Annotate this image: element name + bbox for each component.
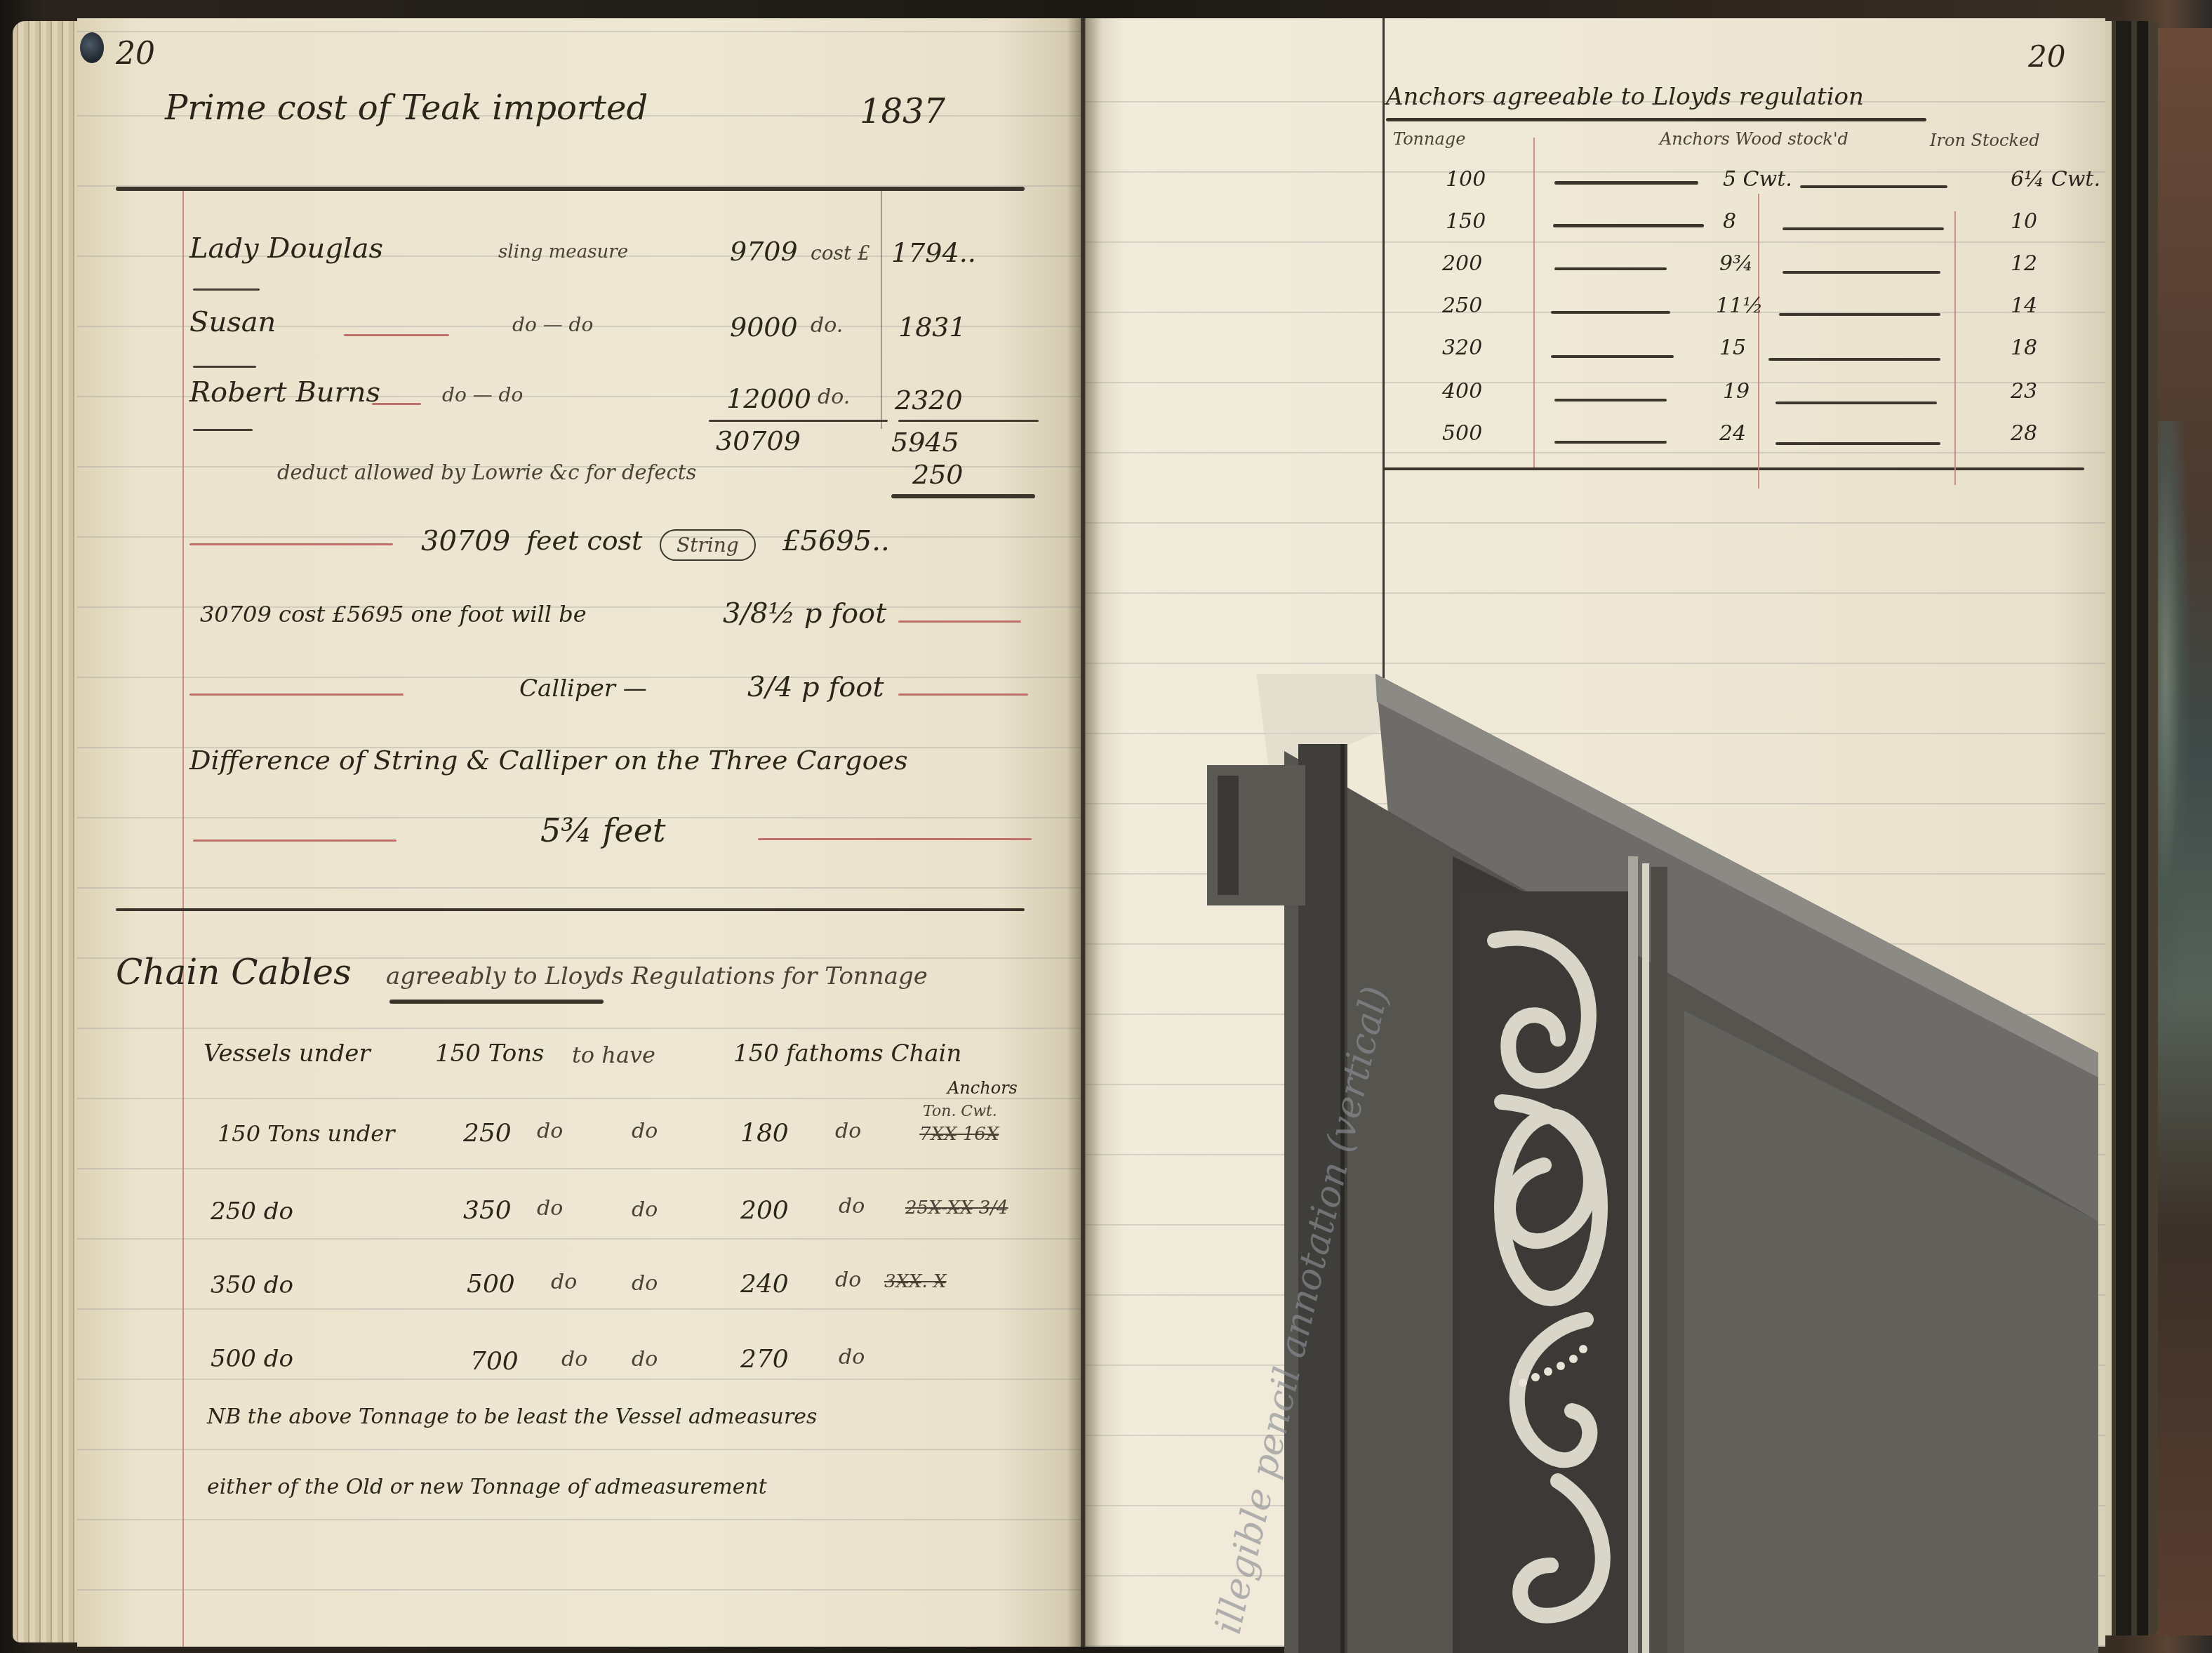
leader-dash bbox=[1775, 401, 1937, 404]
intro-tons: 150 Tons bbox=[435, 1040, 545, 1068]
chain-cables-title: Chain Cables bbox=[116, 952, 352, 993]
sum-rule bbox=[898, 420, 1039, 422]
leader-dash bbox=[1554, 399, 1667, 401]
cost-value: 1794.. bbox=[891, 237, 976, 268]
leader-dash bbox=[1554, 441, 1667, 444]
row-tick bbox=[193, 366, 256, 368]
red-filler bbox=[189, 693, 404, 696]
measure-method: sling measure bbox=[498, 241, 628, 263]
ink-blot bbox=[80, 32, 104, 63]
intro-vessels: Vessels under bbox=[204, 1040, 371, 1068]
feet-value: 9709 bbox=[730, 236, 798, 267]
ship-name: Robert Burns bbox=[189, 376, 380, 409]
book-gutter bbox=[1067, 18, 1102, 1647]
leader-dash bbox=[1553, 224, 1704, 227]
per-foot-text: 30709 cost £5695 one foot will be bbox=[200, 601, 587, 628]
wood-stocked-value: 24 bbox=[1719, 421, 1746, 446]
red-filler bbox=[758, 838, 1032, 840]
wood-stocked-value: 15 bbox=[1719, 336, 1746, 360]
panel-bead-light bbox=[1628, 856, 1638, 1653]
title-year: 1837 bbox=[860, 92, 945, 131]
iron-stocked-value: 12 bbox=[2011, 251, 2037, 276]
iron-stocked-value: 23 bbox=[2011, 379, 2037, 404]
anchors-title: Anchors agreeable to Lloyds regulation bbox=[1386, 83, 1864, 111]
anchors-header: Anchors bbox=[947, 1078, 1018, 1098]
cost-label: do. bbox=[811, 313, 843, 338]
ship-name: Susan bbox=[189, 306, 276, 338]
intro-fathoms-count: 150 bbox=[733, 1040, 779, 1068]
iron-stocked-value: 10 bbox=[2011, 209, 2037, 234]
page-number: 20 bbox=[116, 36, 155, 72]
total-feet: 30709 bbox=[716, 425, 801, 456]
ditto: do bbox=[839, 1194, 865, 1219]
intro-to-have: to have bbox=[572, 1042, 655, 1068]
red-column-line bbox=[1533, 138, 1535, 467]
ditto: do bbox=[835, 1268, 861, 1292]
anchors-crossed-value: 7X̶X̶ 16X̶ bbox=[919, 1124, 999, 1145]
fathoms-value: 270 bbox=[740, 1345, 789, 1374]
column-header-iron: Iron Stocked bbox=[1930, 131, 2040, 150]
cost-label: do. bbox=[818, 385, 850, 409]
cost-label: cost £ bbox=[811, 241, 870, 265]
ditto: do bbox=[632, 1347, 658, 1372]
red-column-line bbox=[1954, 211, 1956, 485]
chain-cables-subtitle: agreeably to Lloyds Regulations for Tonn… bbox=[386, 962, 928, 990]
red-filler bbox=[898, 620, 1021, 623]
ditto: do bbox=[561, 1347, 587, 1372]
fathoms-value: 240 bbox=[740, 1270, 789, 1299]
string-bracket: String bbox=[660, 529, 756, 561]
leader-dash bbox=[1554, 181, 1698, 185]
tonnage-to: 350 bbox=[463, 1196, 512, 1225]
difference-value: 5¾ feet bbox=[540, 811, 665, 849]
ditto: do bbox=[537, 1119, 563, 1143]
wood-stocked-value: 11½ bbox=[1716, 293, 1763, 318]
leader-dash bbox=[1779, 313, 1940, 316]
red-margin-line bbox=[182, 190, 184, 1647]
title-underline bbox=[116, 187, 1025, 191]
leader-dash bbox=[1554, 267, 1667, 270]
leader-dash bbox=[1783, 227, 1944, 230]
tonnage-from: 500 do bbox=[211, 1345, 293, 1373]
anchors-crossed-value: 25X̶-X̶X̶ 3/4 bbox=[905, 1197, 1008, 1219]
ditto: do bbox=[632, 1119, 658, 1143]
left-page: 20 Prime cost of Teak imported 1837 Lady… bbox=[77, 18, 1081, 1647]
ditto: do bbox=[839, 1345, 865, 1369]
leader-dash bbox=[1551, 311, 1670, 314]
note-line-1: NB the above Tonnage to be least the Ves… bbox=[207, 1405, 817, 1429]
wood-stocked-value: 19 bbox=[1723, 379, 1750, 404]
string-cost-value: £5695.. bbox=[782, 525, 890, 557]
string-label: feet cost bbox=[526, 525, 642, 556]
tonnage-value: 150 bbox=[1446, 209, 1486, 234]
red-column-line bbox=[1758, 194, 1759, 489]
column-header-tonnage: Tonnage bbox=[1393, 129, 1465, 149]
ditto: do bbox=[632, 1197, 658, 1222]
tonnage-to: 700 bbox=[470, 1347, 519, 1376]
cost-value: 2320 bbox=[895, 385, 963, 416]
tonnage-value: 400 bbox=[1442, 379, 1482, 404]
tonnage-to: 250 bbox=[463, 1119, 512, 1148]
wood-stocked-value: 9¾ bbox=[1719, 251, 1753, 276]
iron-stocked-value: 6¼ Cwt. bbox=[2011, 167, 2100, 192]
column-header-wood: Anchors Wood stock'd bbox=[1660, 129, 1848, 149]
tonnage-value: 200 bbox=[1442, 251, 1482, 276]
page-title: Prime cost of Teak imported bbox=[165, 88, 648, 128]
wood-stocked-value: 8 bbox=[1723, 209, 1736, 234]
tonnage-value: 500 bbox=[1442, 421, 1482, 446]
tonnage-to: 500 bbox=[467, 1270, 515, 1299]
leader-dash bbox=[1775, 442, 1940, 445]
feet-value: 12000 bbox=[726, 383, 811, 414]
iron-stocked-value: 18 bbox=[2011, 336, 2037, 360]
row-tick bbox=[193, 288, 260, 291]
right-page-stack bbox=[2102, 21, 2158, 1635]
leader-dash bbox=[1783, 271, 1940, 274]
sum-rule bbox=[709, 420, 888, 422]
red-filler bbox=[193, 839, 397, 842]
panel-bead-highlight bbox=[1642, 863, 1649, 1653]
frame-left-line bbox=[1382, 18, 1385, 678]
section-divider bbox=[116, 908, 1025, 911]
cost-value: 1831 bbox=[898, 312, 966, 343]
measure-method: do — do bbox=[442, 383, 523, 406]
fathoms-value: 200 bbox=[740, 1196, 789, 1225]
iron-stocked-value: 14 bbox=[2011, 293, 2037, 318]
red-filler bbox=[189, 543, 393, 545]
note-line-2: either of the Old or new Tonnage of adme… bbox=[207, 1475, 767, 1499]
title-underline bbox=[1386, 118, 1926, 121]
ditto: do bbox=[835, 1119, 861, 1143]
table-bottom-rule bbox=[1382, 467, 2084, 470]
measure-method: do — do bbox=[512, 313, 593, 336]
ditto: do bbox=[537, 1196, 563, 1221]
deduction-value: 250 bbox=[912, 459, 964, 490]
per-foot-value: 3/8½ p foot bbox=[723, 597, 886, 630]
tonnage-value: 320 bbox=[1442, 336, 1482, 360]
ditto: do bbox=[632, 1271, 658, 1296]
wood-stocked-value: 5 Cwt. bbox=[1723, 167, 1792, 192]
panel-bead-shadow bbox=[1651, 867, 1667, 1653]
red-filler bbox=[344, 334, 449, 336]
string-feet: 30709 bbox=[421, 525, 510, 557]
ditto: do bbox=[551, 1270, 577, 1294]
total-cost: 5945 bbox=[891, 427, 959, 458]
leader-dash bbox=[1800, 185, 1947, 188]
deduction-rule bbox=[891, 494, 1035, 498]
feet-value: 9000 bbox=[730, 312, 798, 343]
fathoms-value: 180 bbox=[740, 1119, 789, 1148]
column-divider bbox=[881, 190, 882, 429]
leader-dash bbox=[1551, 355, 1674, 358]
subtitle-underline bbox=[389, 1000, 604, 1004]
page-number: 20 bbox=[2028, 39, 2065, 74]
red-filler bbox=[898, 693, 1028, 696]
tonnage-from: 150 Tons under bbox=[218, 1120, 395, 1147]
tonnage-value: 250 bbox=[1442, 293, 1482, 318]
leader-dash bbox=[1768, 358, 1940, 361]
tonnage-value: 100 bbox=[1446, 167, 1486, 192]
difference-text: Difference of String & Calliper on the T… bbox=[189, 745, 908, 776]
intro-fathoms-label: fathoms Chain bbox=[786, 1040, 961, 1068]
calliper-value: 3/4 p foot bbox=[747, 671, 884, 703]
capital-shadow bbox=[1218, 776, 1239, 895]
tonnage-from: 350 do bbox=[211, 1271, 293, 1299]
red-filler bbox=[372, 403, 421, 405]
tonnage-from: 250 do bbox=[211, 1197, 293, 1226]
row-tick bbox=[193, 429, 253, 431]
ship-name: Lady Douglas bbox=[189, 232, 383, 265]
anchors-crossed-value: 3X̶X̶. X̶ bbox=[884, 1271, 947, 1292]
deduction-label: deduct allowed by Lowrie &c for defects bbox=[277, 460, 696, 484]
iron-stocked-value: 28 bbox=[2011, 421, 2037, 446]
calliper-label: Calliper — bbox=[519, 675, 647, 703]
anchors-subheader: Ton. Cwt. bbox=[923, 1103, 997, 1120]
